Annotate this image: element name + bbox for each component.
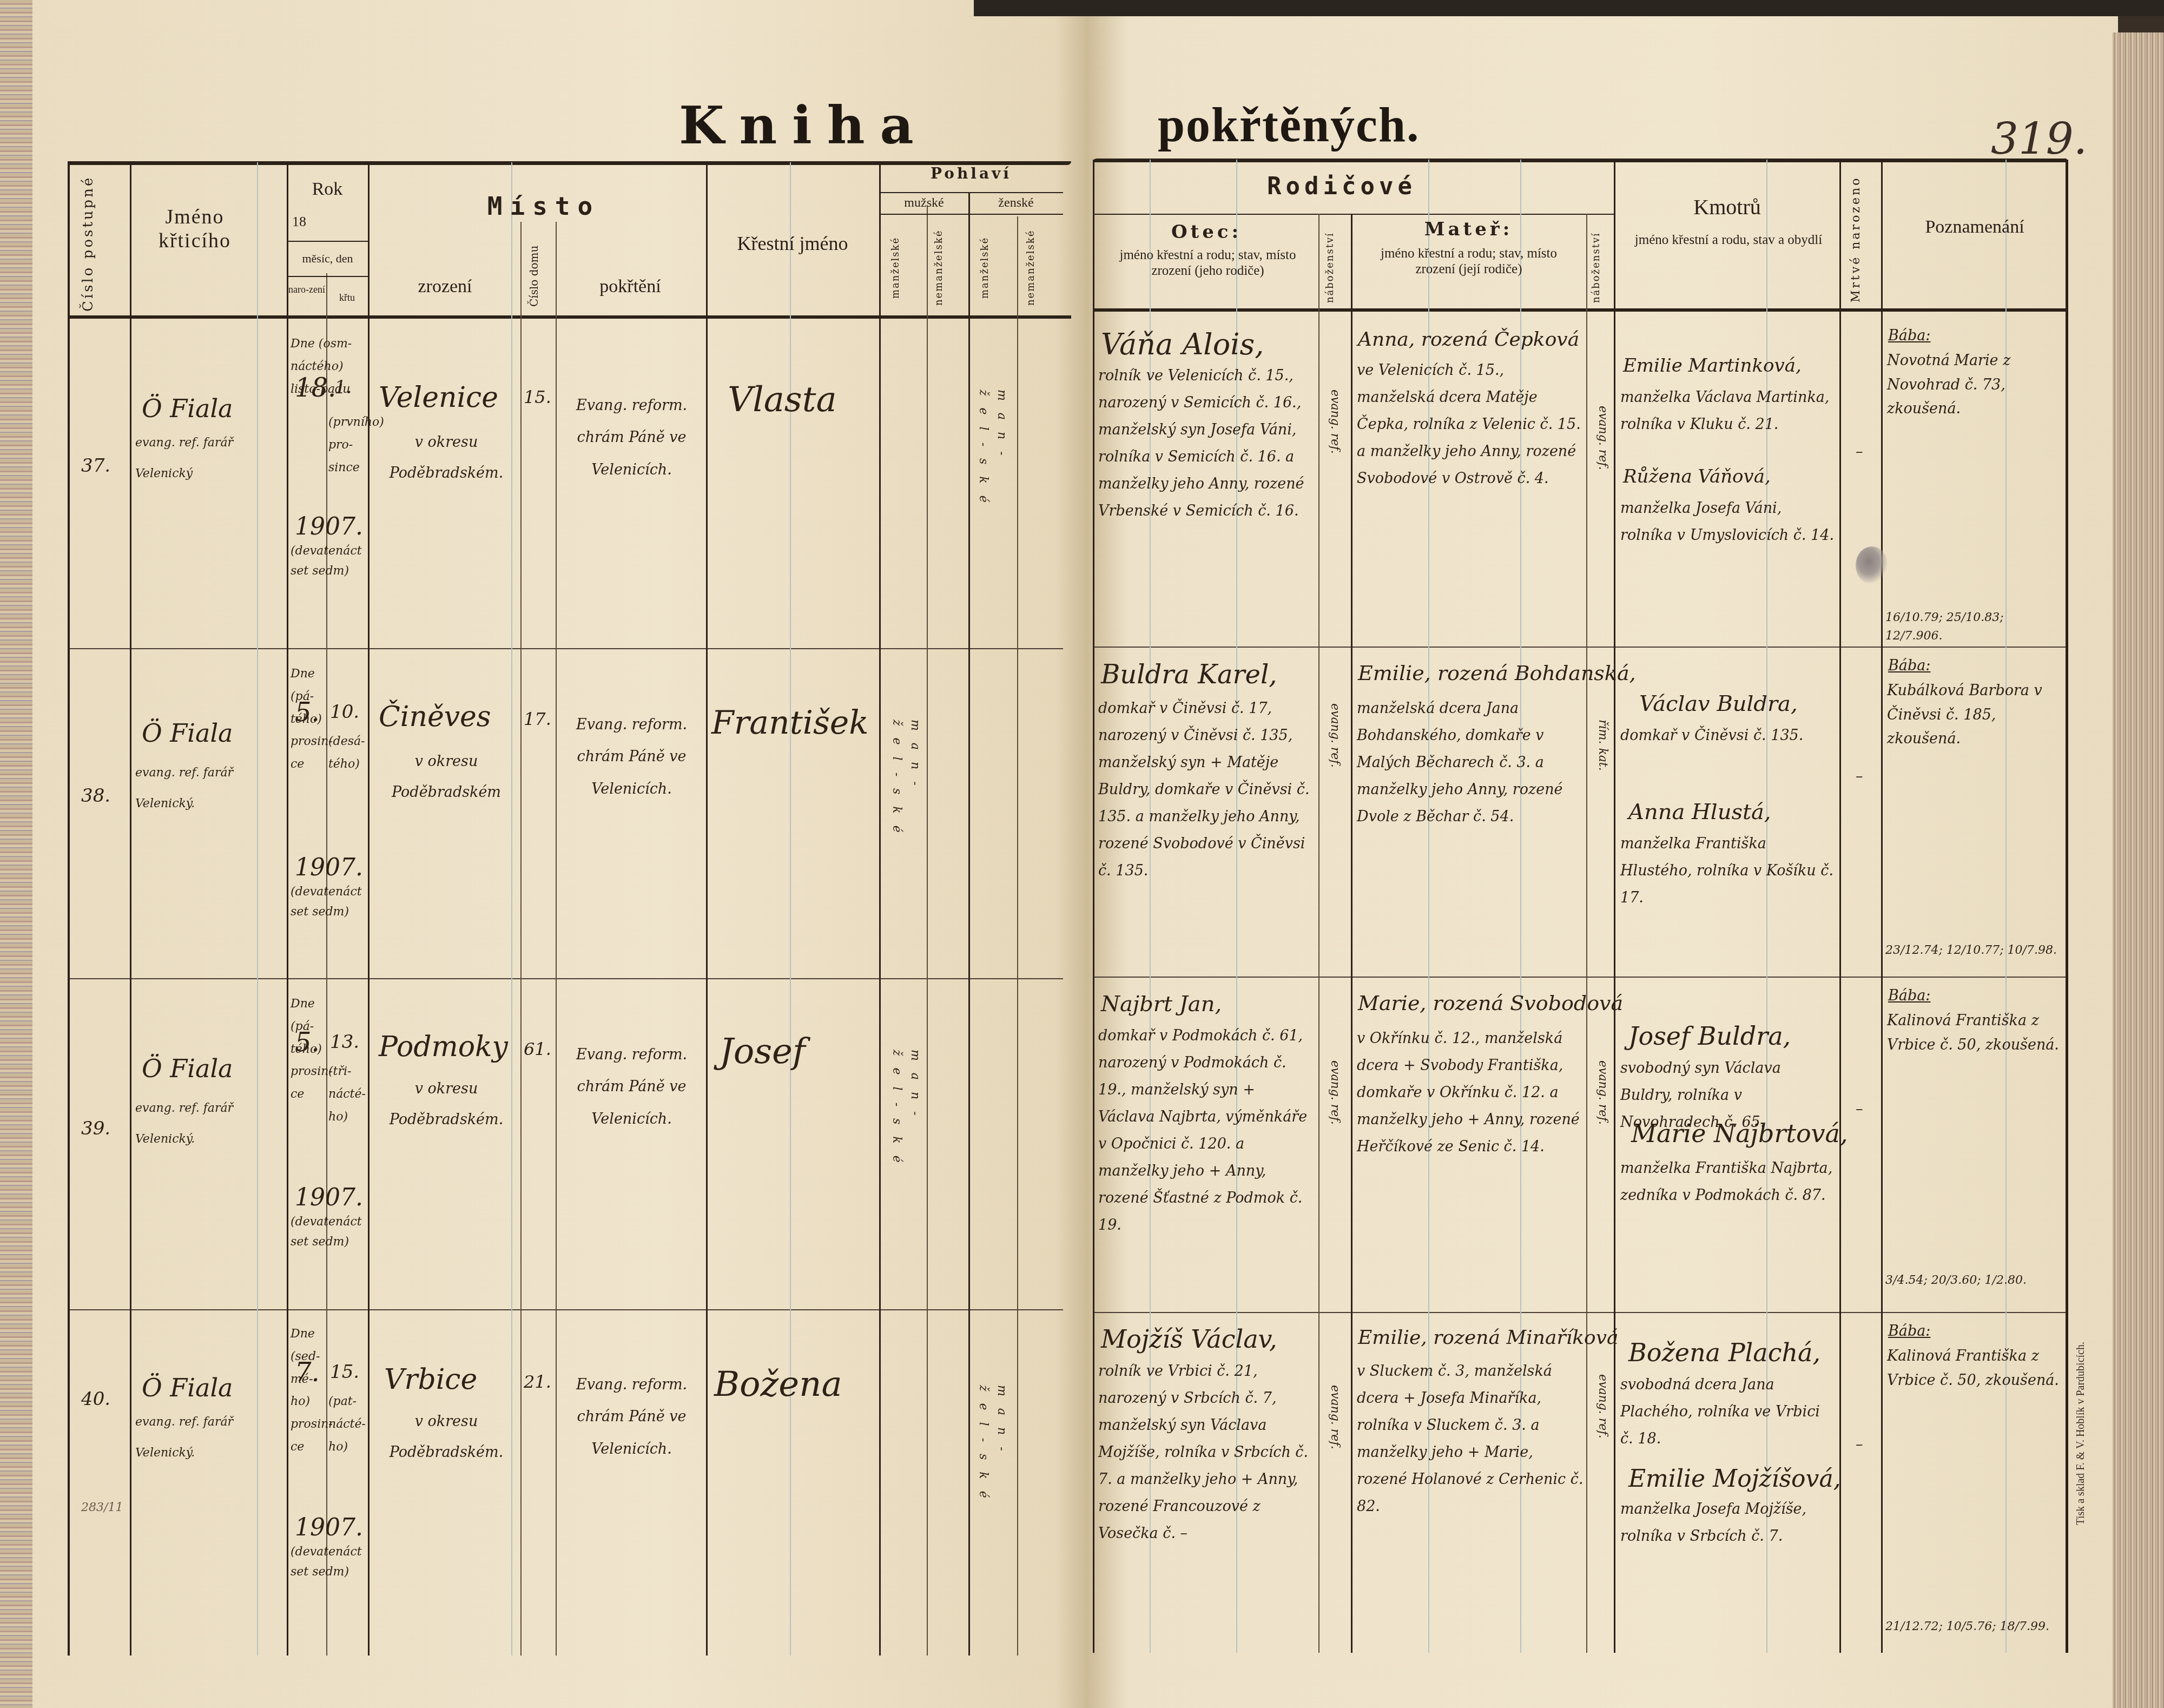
midwife-note: Kalinová Františka z Vrbice č. 50, zkouš… <box>1887 1344 2063 1393</box>
baptism-date-text: (desá-tého) <box>328 730 366 776</box>
mother-name: Emilie, rozená Bohdanská, <box>1358 657 1636 689</box>
birth-date-text: Dne (pá-tého) prosin-ce <box>291 993 327 1106</box>
header-narozeni: naro-zení <box>288 284 325 295</box>
mother-details: ve Velenicích č. 15., manželská dcera Ma… <box>1357 357 1584 492</box>
baptism-day: 15. <box>330 1358 359 1387</box>
baptism-day: 13. <box>330 1028 359 1057</box>
year-text: (devatenáct set sedm) <box>291 541 366 582</box>
header-otec-nabozenstvi: náboženství <box>1324 227 1346 308</box>
house-number: 15. <box>524 384 551 411</box>
ink-stain <box>1856 546 1888 584</box>
header-kmotru: Kmotrů <box>1618 195 1837 220</box>
col-rule <box>706 162 708 1656</box>
pohlavi-rule <box>879 214 1063 215</box>
remark-dates: 16/10.79; 25/10.83; 12/7.906. <box>1885 609 2064 645</box>
sex-mark: man-žel-ské <box>887 720 924 860</box>
col-rule <box>68 162 70 1656</box>
mother-details: v Sluckem č. 3, manželská dcera + Josefa… <box>1357 1358 1584 1520</box>
header-krtu: křtu <box>327 292 367 304</box>
godparent-2-details: manželka Františka Hlustého, rolníka v K… <box>1620 830 1837 912</box>
rodicove-rule <box>1093 214 1615 215</box>
midwife-note: Novotná Marie z Novohrad č. 73, zkoušená… <box>1887 349 2063 421</box>
father-religion: evang. ref. <box>1325 1385 1344 1504</box>
rok-rule <box>287 276 368 277</box>
book-title-left: Kniha <box>679 95 929 156</box>
col-rule <box>556 222 557 1656</box>
baptism-date-text: (tři-nácté-ho) <box>328 1060 366 1128</box>
given-name: Vlasta <box>728 373 837 427</box>
header-rok-prefix: 18 <box>292 214 325 230</box>
row-divider <box>68 1309 1063 1310</box>
given-name: Božena <box>714 1358 842 1412</box>
baptism-day: 10. <box>330 698 359 727</box>
godparent-1-name: Josef Buldra, <box>1628 1017 1791 1056</box>
header-otec-desc: jméno křestní a rodu; stav, místo zrozen… <box>1104 248 1312 279</box>
sex-mark: man-žel-ské <box>974 390 1011 530</box>
birth-place: Činěves <box>379 695 491 739</box>
midwife-note: Kalinová Františka z Vrbice č. 50, zkouš… <box>1887 1009 2063 1057</box>
stillborn-mark: – <box>1856 441 1863 464</box>
birth-date-text: Dne (osm-náctého) listo-padu <box>291 333 366 400</box>
entry-number: 39. <box>81 1115 110 1143</box>
page-edges-left <box>0 0 32 1708</box>
row-divider <box>1093 1312 2067 1313</box>
col-rule <box>1614 160 1615 1653</box>
header-mater-desc: jméno křestní a rodu; stav, místo zrozen… <box>1361 246 1577 278</box>
rok-rule <box>287 241 368 242</box>
father-details: rolník ve Velenicích č. 15., narozený v … <box>1098 362 1315 525</box>
header-pokrteni: pokřtění <box>557 276 703 297</box>
baptizer-title: evang. ref. farář Velenický <box>135 427 284 489</box>
table-top-rule-right <box>1093 159 2067 162</box>
col-rule <box>2066 160 2068 1653</box>
godparent-2-name: Emilie Mojžíšová, <box>1628 1461 1841 1498</box>
mother-name: Marie, rozená Svobodová <box>1358 987 1623 1019</box>
header-pohlavi: Pohlaví <box>882 165 1060 182</box>
header-poznamenani: Poznamenání <box>1885 216 2064 238</box>
page-number: 319. <box>1991 114 2087 164</box>
godparent-1-name: Emilie Martinková, <box>1623 352 1802 380</box>
baptizer-signature: Ö Fiala <box>142 1369 233 1407</box>
header-rodicove: Rodičové <box>1125 173 1558 201</box>
row-divider <box>68 648 1063 649</box>
godparent-1-details: manželka Václava Martinka, rolníka v Klu… <box>1620 384 1837 438</box>
row-divider <box>1093 647 2067 648</box>
godparent-1-name: Václav Buldra, <box>1639 687 1798 721</box>
header-zenske-nemanzelske: nemanželské <box>1025 222 1052 314</box>
birth-district: v okresu Poděbradském <box>376 747 517 808</box>
header-zenske: ženské <box>970 196 1062 211</box>
header-zenske-manzelske: manželské <box>979 222 1006 314</box>
sex-mark: man-žel-ské <box>974 1385 1011 1526</box>
birth-place: Velenice <box>379 376 498 420</box>
year-text: (devatenáct set sedm) <box>291 1542 366 1582</box>
header-jmeno-krticiho: Jméno křticího <box>133 206 257 253</box>
baptism-place: Evang. reform. chrám Páně ve Velenicích. <box>560 709 703 805</box>
godparent-2-details: manželka Františka Najbrta, zedníka v Po… <box>1620 1155 1837 1209</box>
midwife-label: Bába: <box>1888 325 1930 347</box>
baptizer-title: evang. ref. farář Velenický. <box>135 1093 284 1155</box>
stillborn-mark: – <box>1856 1434 1863 1456</box>
birth-district: v okresu Poděbradském. <box>376 1074 517 1135</box>
house-number: 61. <box>524 1036 551 1063</box>
father-religion: evang. ref. <box>1325 390 1344 509</box>
row-divider <box>1093 977 2067 978</box>
row-divider <box>68 978 1063 979</box>
birth-district: v okresu Poděbradském. <box>376 427 517 489</box>
father-religion: evang. ref. <box>1325 1060 1344 1179</box>
godparent-2-name: Růžena Váňová, <box>1623 463 1771 491</box>
remark-dates: 23/12.74; 12/10.77; 10/7.98. <box>1885 941 2064 960</box>
year: 1907. <box>295 1179 363 1216</box>
house-number: 21. <box>524 1369 551 1396</box>
header-bottom-rule-left <box>68 315 1071 319</box>
year: 1907. <box>295 509 363 545</box>
given-name: Josef <box>720 1025 806 1079</box>
godparent-1-details: svobodná dcera Jana Plachého, rolníka ve… <box>1620 1371 1837 1453</box>
col-rule <box>1318 214 1319 1653</box>
header-mesic-den: měsíc, den <box>288 252 367 265</box>
godparent-2-details: manželka Josefa Mojžíše, rolníka v Srbcí… <box>1620 1496 1837 1550</box>
remark-dates: 3/4.54; 20/3.60; 1/2.80. <box>1885 1271 2064 1290</box>
col-rule <box>1881 160 1883 1653</box>
baptism-date-text: (pat-nácté-ho) <box>328 1390 366 1458</box>
baptizer-title: evang. ref. farář Velenický. <box>135 757 284 819</box>
birth-date-text: Dne (sed-mé-ho) prosin-ce <box>291 1323 327 1459</box>
baptizer-signature: Ö Fiala <box>142 390 233 428</box>
col-rule <box>927 206 928 1656</box>
remark-dates: 21/12.72; 10/5.76; 18/7.99. <box>1885 1618 2064 1636</box>
father-name: Váňa Alois, <box>1101 322 1264 367</box>
birth-district: v okresu Poděbradském. <box>376 1407 517 1468</box>
header-cislo-postupne: Číslo postupné <box>80 173 113 314</box>
godparent-1-name: Božena Plachá, <box>1628 1334 1820 1372</box>
baptism-place: Evang. reform. chrám Páně ve Velenicích. <box>560 1369 703 1465</box>
godparent-2-name: Marie Najbrtová, <box>1631 1115 1848 1153</box>
printer-imprint: Tisk a sklad F. & V. Hoblík v Pardubicíc… <box>2075 1342 2087 1525</box>
col-rule <box>130 162 131 1656</box>
year: 1907. <box>295 1509 363 1546</box>
margin-note: 283/11 <box>81 1499 123 1517</box>
father-religion: evang. ref. <box>1325 703 1344 822</box>
col-rule <box>287 162 288 1656</box>
header-rok: Rok <box>289 179 365 200</box>
father-name: Mojžíš Václav, <box>1101 1320 1277 1359</box>
stillborn-mark: – <box>1856 766 1863 788</box>
entry-number: 40. <box>81 1385 110 1414</box>
baptizer-title: evang. ref. farář Velenický. <box>135 1407 284 1468</box>
godparent-1-details: domkař v Činěvsi č. 135. <box>1620 722 1837 749</box>
baptizer-signature: Ö Fiala <box>142 714 233 753</box>
entry-number: 38. <box>81 782 110 810</box>
header-muzske-manzelske: manželské <box>890 222 917 314</box>
col-rule <box>520 222 522 1656</box>
father-details: domkař v Činěvsi č. 17, narozený v Činěv… <box>1098 695 1315 885</box>
entry-number: 37. <box>81 452 110 480</box>
book-title-right: pokřtěných. <box>1158 97 1420 153</box>
header-muzske: mužské <box>881 196 967 211</box>
mother-details: v Okřínku č. 12., manželská dcera + Svob… <box>1357 1025 1584 1160</box>
col-rule <box>1017 216 1018 1656</box>
sex-mark: man-žel-ské <box>887 1050 924 1190</box>
header-muzske-nemanzelske: nemanželské <box>933 222 960 314</box>
baptism-place: Evang. reform. chrám Páně ve Velenicích. <box>560 390 703 486</box>
given-name: František <box>711 698 869 748</box>
table-top-rule-left <box>68 161 1071 165</box>
baptism-place: Evang. reform. chrám Páně ve Velenicích. <box>560 1039 703 1135</box>
house-number: 17. <box>524 706 551 733</box>
father-name: Buldra Karel, <box>1101 655 1277 695</box>
col-rule <box>879 162 881 1656</box>
stillborn-mark: – <box>1856 1098 1863 1121</box>
father-details: rolník ve Vrbici č. 21, narozený v Srbcí… <box>1098 1358 1315 1547</box>
year-text: (devatenáct set sedm) <box>291 1212 366 1252</box>
col-rule <box>1093 160 1094 1653</box>
mother-religion: řím. kat. <box>1593 720 1612 839</box>
baptism-date-text: (prvního) pro-since <box>328 411 366 479</box>
header-misto: Místo <box>449 192 638 221</box>
header-otec: Otec: <box>1096 222 1317 243</box>
birth-place: Vrbice <box>384 1358 477 1402</box>
birth-date-text: Dne (pá-tého) prosin-ce <box>291 663 327 776</box>
book-cover-top <box>974 0 2164 16</box>
header-mrtve-narozeno: Mrtvé narozeno <box>1849 173 1873 306</box>
header-bottom-rule-right <box>1093 308 2067 312</box>
godparent-2-name: Anna Hlustá, <box>1628 795 1771 829</box>
mother-details: manželská dcera Jana Bohdanského, domkař… <box>1357 695 1584 830</box>
year-text: (devatenáct set sedm) <box>291 882 366 922</box>
pohlavi-rule <box>879 192 1063 193</box>
header-mater-nabozenstvi: náboženství <box>1591 227 1612 308</box>
header-zrozeni: zrození <box>373 276 517 297</box>
midwife-label: Bába: <box>1888 1320 1930 1343</box>
mother-religion: evang. ref. <box>1593 1060 1612 1179</box>
mother-religion: evang. ref. <box>1593 406 1612 525</box>
midwife-label: Bába: <box>1888 655 1930 677</box>
header-cislo-domu: Číslo domu <box>527 238 549 314</box>
col-rule <box>968 192 970 1656</box>
midwife-label: Bába: <box>1888 985 1930 1007</box>
father-details: domkař v Podmokách č. 61, narozený v Pod… <box>1098 1023 1315 1239</box>
page-edges-right <box>2113 32 2164 1708</box>
year: 1907. <box>295 849 363 886</box>
birth-place: Podmoky <box>379 1025 508 1069</box>
mother-religion: evang. ref. <box>1593 1374 1612 1493</box>
mother-name: Anna, rozená Čepková <box>1358 325 1579 355</box>
header-kmotru-desc: jméno křestní a rodu, stav a obydlí <box>1623 227 1834 253</box>
midwife-note: Kubálková Barbora v Činěvsi č. 185, zkou… <box>1887 679 2063 751</box>
col-rule <box>1586 214 1587 1653</box>
baptizer-signature: Ö Fiala <box>142 1050 233 1088</box>
col-rule <box>368 162 370 1656</box>
mother-name: Emilie, rozená Minaříková <box>1358 1323 1618 1353</box>
header-krestni-jmeno: Křestní jméno <box>709 233 876 255</box>
header-mater: Mateř: <box>1354 219 1584 240</box>
godparent-2-details: manželka Josefa Váni, rolníka v Umyslovi… <box>1620 495 1837 549</box>
col-rule <box>1351 214 1352 1653</box>
col-rule <box>1839 160 1841 1653</box>
father-name: Najbrt Jan, <box>1101 987 1222 1021</box>
